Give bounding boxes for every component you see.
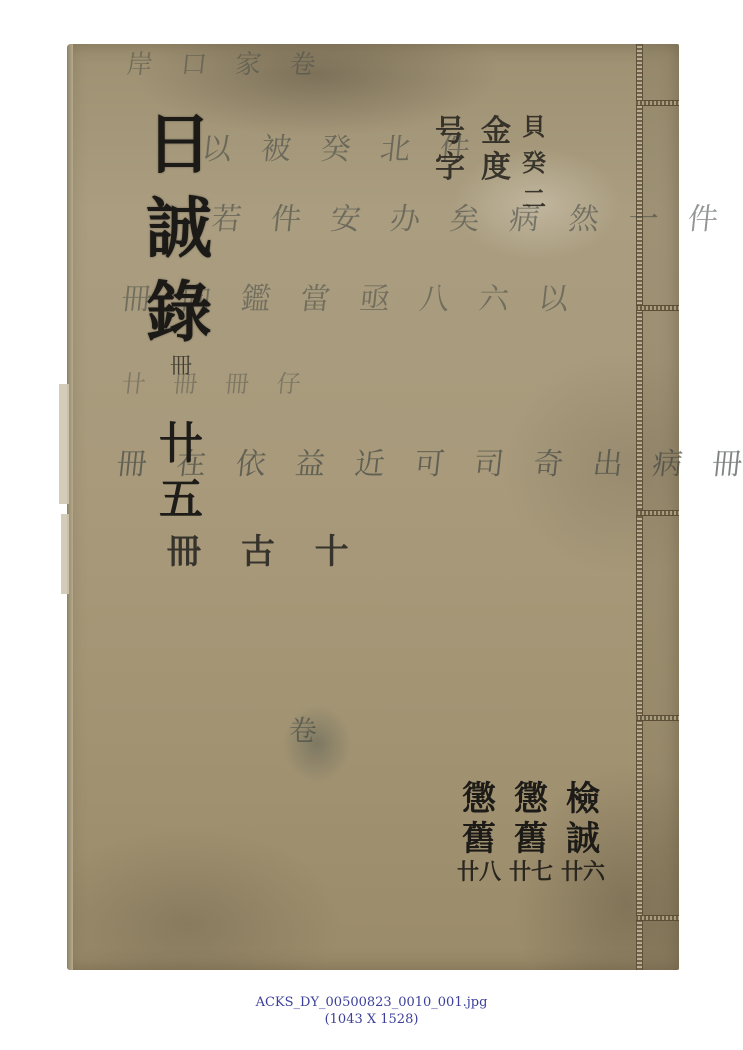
title-char: 誠 (146, 186, 212, 270)
binding-stitch (636, 305, 679, 311)
volume-number: 卄 五 (159, 416, 203, 528)
volume-annotation: 冊 (170, 349, 192, 380)
handwriting-char: 度 (481, 150, 511, 186)
faint-handwriting-row: 卄 冊 冊 仔 (120, 364, 313, 399)
reviewer-char: 舊 (514, 819, 548, 859)
reviewer-char: 懲 (514, 779, 548, 819)
reviewer-number: 卄八 (457, 859, 501, 885)
handwriting-char: 癸 (522, 145, 546, 181)
caption-dimensions: (1043 X 1528) (0, 1011, 743, 1028)
spine-panel (642, 44, 679, 970)
reviewer-number: 卄六 (561, 859, 605, 885)
handwriting-column: 号 字 (435, 114, 465, 186)
binding-stitch (636, 915, 679, 921)
volume-number-char: 五 (159, 472, 203, 528)
torn-edge-left (59, 384, 69, 504)
torn-edge-left-lower (61, 514, 69, 594)
book-title: 日 誠 錄 (139, 102, 219, 354)
stamp-mark: 卷 (289, 709, 317, 749)
handwriting-char: 貝 (522, 109, 546, 145)
reviewer-column: 檢 誠 卄六 (561, 779, 605, 885)
binding-stitch (636, 100, 679, 106)
book-cover: 岸 口 家 卷 以 被 癸 北 件 若 件 安 办 矣 病 然 一 件 冊 向 … (67, 44, 679, 970)
faint-handwriting-row: 若 件 安 办 矣 病 然 一 件 (210, 194, 731, 238)
image-caption: ACKS_DY_00500823_0010_001.jpg (1043 X 15… (0, 994, 743, 1028)
volume-number-char: 卄 (159, 416, 203, 472)
faint-handwriting-row: 冊 在 依 益 近 可 司 奇 出 病 冊 (115, 439, 743, 483)
caption-filename: ACKS_DY_00500823_0010_001.jpg (0, 994, 743, 1011)
spine-thread (636, 44, 643, 970)
left-margin-strip (67, 44, 73, 970)
handwriting-column: 貝 癸 二 (522, 109, 546, 217)
reviewer-column: 懲 舊 卄七 (509, 779, 553, 885)
binding-stitch (636, 715, 679, 721)
binding-stitch (636, 510, 679, 516)
reviewer-char: 檢 (566, 779, 600, 819)
handwriting-column: 金 度 (481, 114, 511, 186)
handwriting-char: 号 (435, 114, 465, 150)
handwriting-char: 字 (435, 150, 465, 186)
reviewer-number: 卄七 (509, 859, 553, 885)
title-char: 日 (146, 102, 212, 186)
reviewer-char: 舊 (462, 819, 496, 859)
reviewer-char: 懲 (462, 779, 496, 819)
reviewer-block: 檢 誠 卄六 懲 舊 卄七 懲 舊 卄八 (457, 779, 605, 885)
sub-note: 冊 古 十 (167, 524, 363, 573)
title-char: 錄 (146, 270, 212, 354)
handwriting-char: 金 (481, 114, 511, 150)
faint-handwriting-row: 岸 口 家 卷 (125, 44, 328, 81)
reviewer-char: 誠 (566, 819, 600, 859)
handwriting-char: 二 (522, 181, 546, 217)
reviewer-column: 懲 舊 卄八 (457, 779, 501, 885)
